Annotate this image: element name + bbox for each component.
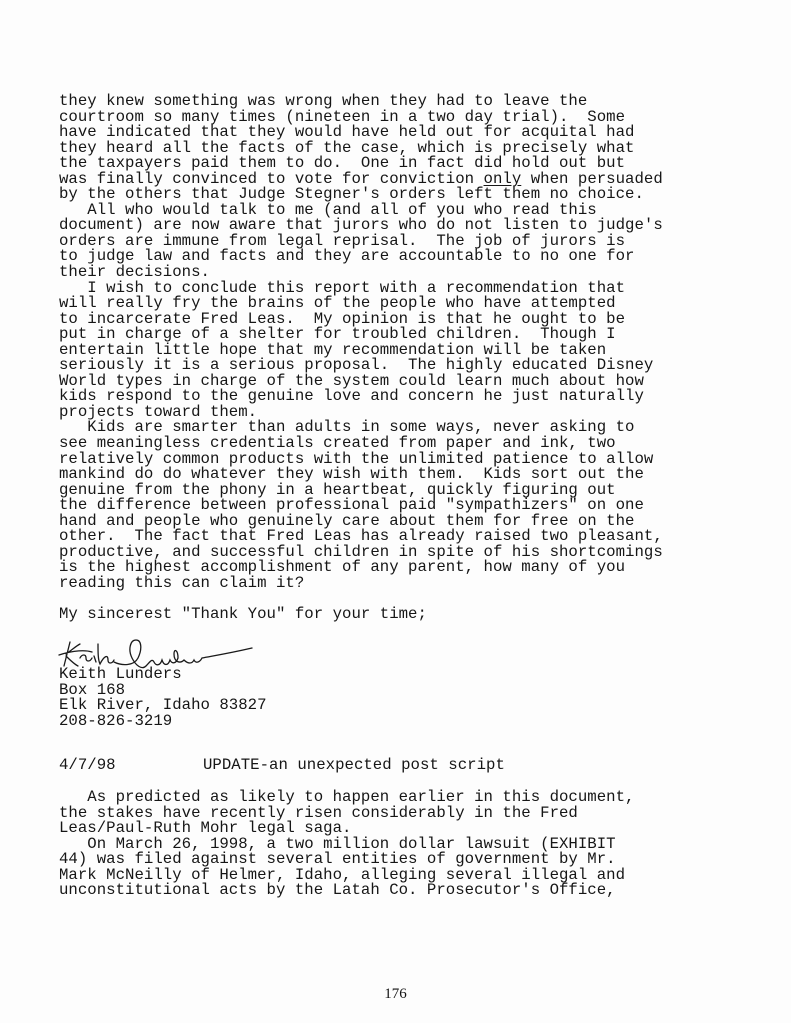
update-title: UPDATE-an unexpected post script [203,756,505,774]
address-line: 208-826-3219 [59,714,267,730]
body-line: reading this can claim it? [59,576,663,592]
sender-address: Keith LundersBox 168Elk River, Idaho 838… [59,667,267,729]
update-line: unconstitutional acts by the Latah Co. P… [59,883,634,899]
document-page: they knew something was wrong when they … [0,0,791,1023]
letter-body: they knew something was wrong when they … [59,94,663,592]
update-body: As predicted as likely to happen earlier… [59,790,634,899]
page-number: 176 [0,986,791,1003]
closing-line: My sincerest "Thank You" for your time; [59,607,427,623]
update-date: 4/7/98 [59,758,203,774]
update-header: 4/7/98UPDATE-an unexpected post script [59,758,505,774]
